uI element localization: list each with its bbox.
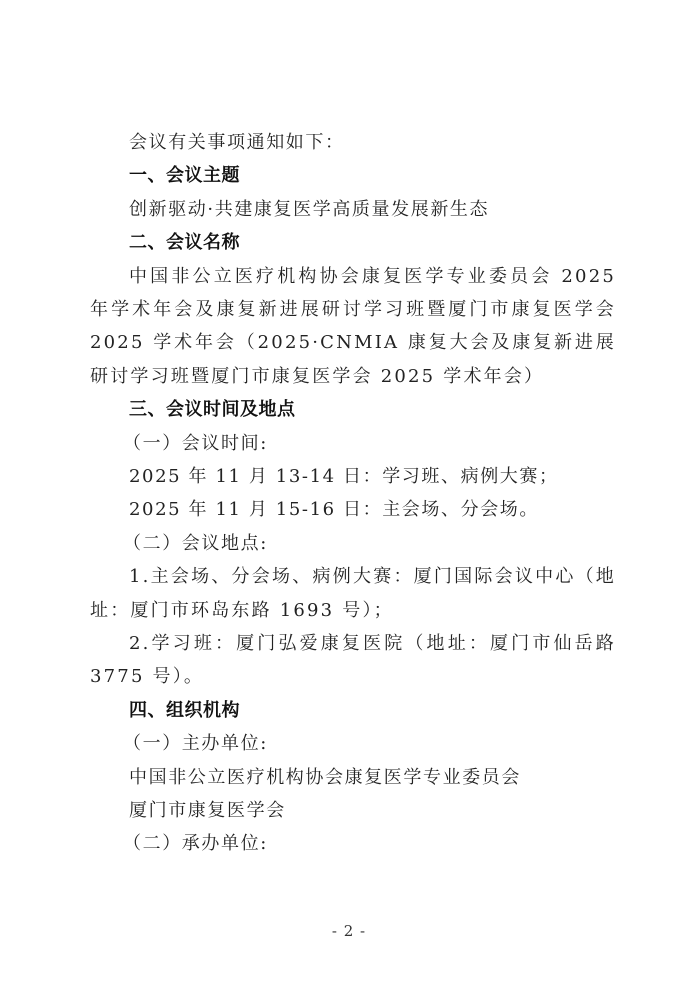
host-organization: 厦门市康复医学会 <box>90 794 616 827</box>
page-number: - 2 - <box>0 922 698 940</box>
section-4-heading: 四、组织机构 <box>90 694 616 727</box>
section-1-heading: 一、会议主题 <box>90 159 616 192</box>
meeting-time-item: 2025 年 11 月 13-14 日：学习班、病例大赛； <box>90 460 616 493</box>
document-page: 会议有关事项通知如下： 一、会议主题 创新驱动·共建康复医学高质量发展新生态 二… <box>90 126 616 861</box>
host-organization: 中国非公立医疗机构协会康复医学专业委员会 <box>90 761 616 794</box>
section-2-heading: 二、会议名称 <box>90 226 616 259</box>
intro-text: 会议有关事项通知如下： <box>90 126 616 159</box>
host-label: （一）主办单位: <box>90 727 616 760</box>
section-2-body: 中国非公立医疗机构协会康复医学专业委员会 2025 年学术年会及康复新进展研讨学… <box>90 260 616 394</box>
meeting-time-label: （一）会议时间: <box>90 427 616 460</box>
meeting-place-label: （二）会议地点: <box>90 527 616 560</box>
meeting-time-item: 2025 年 11 月 15-16 日：主会场、分会场。 <box>90 493 616 526</box>
section-1-body: 创新驱动·共建康复医学高质量发展新生态 <box>90 193 616 226</box>
meeting-place-item: 2.学习班：厦门弘爱康复医院（地址：厦门市仙岳路 3775 号）。 <box>90 627 616 694</box>
section-3-heading: 三、会议时间及地点 <box>90 393 616 426</box>
meeting-place-item: 1.主会场、分会场、病例大赛：厦门国际会议中心（地址：厦门市环岛东路 1693 … <box>90 560 616 627</box>
organizer-label: （二）承办单位: <box>90 827 616 860</box>
